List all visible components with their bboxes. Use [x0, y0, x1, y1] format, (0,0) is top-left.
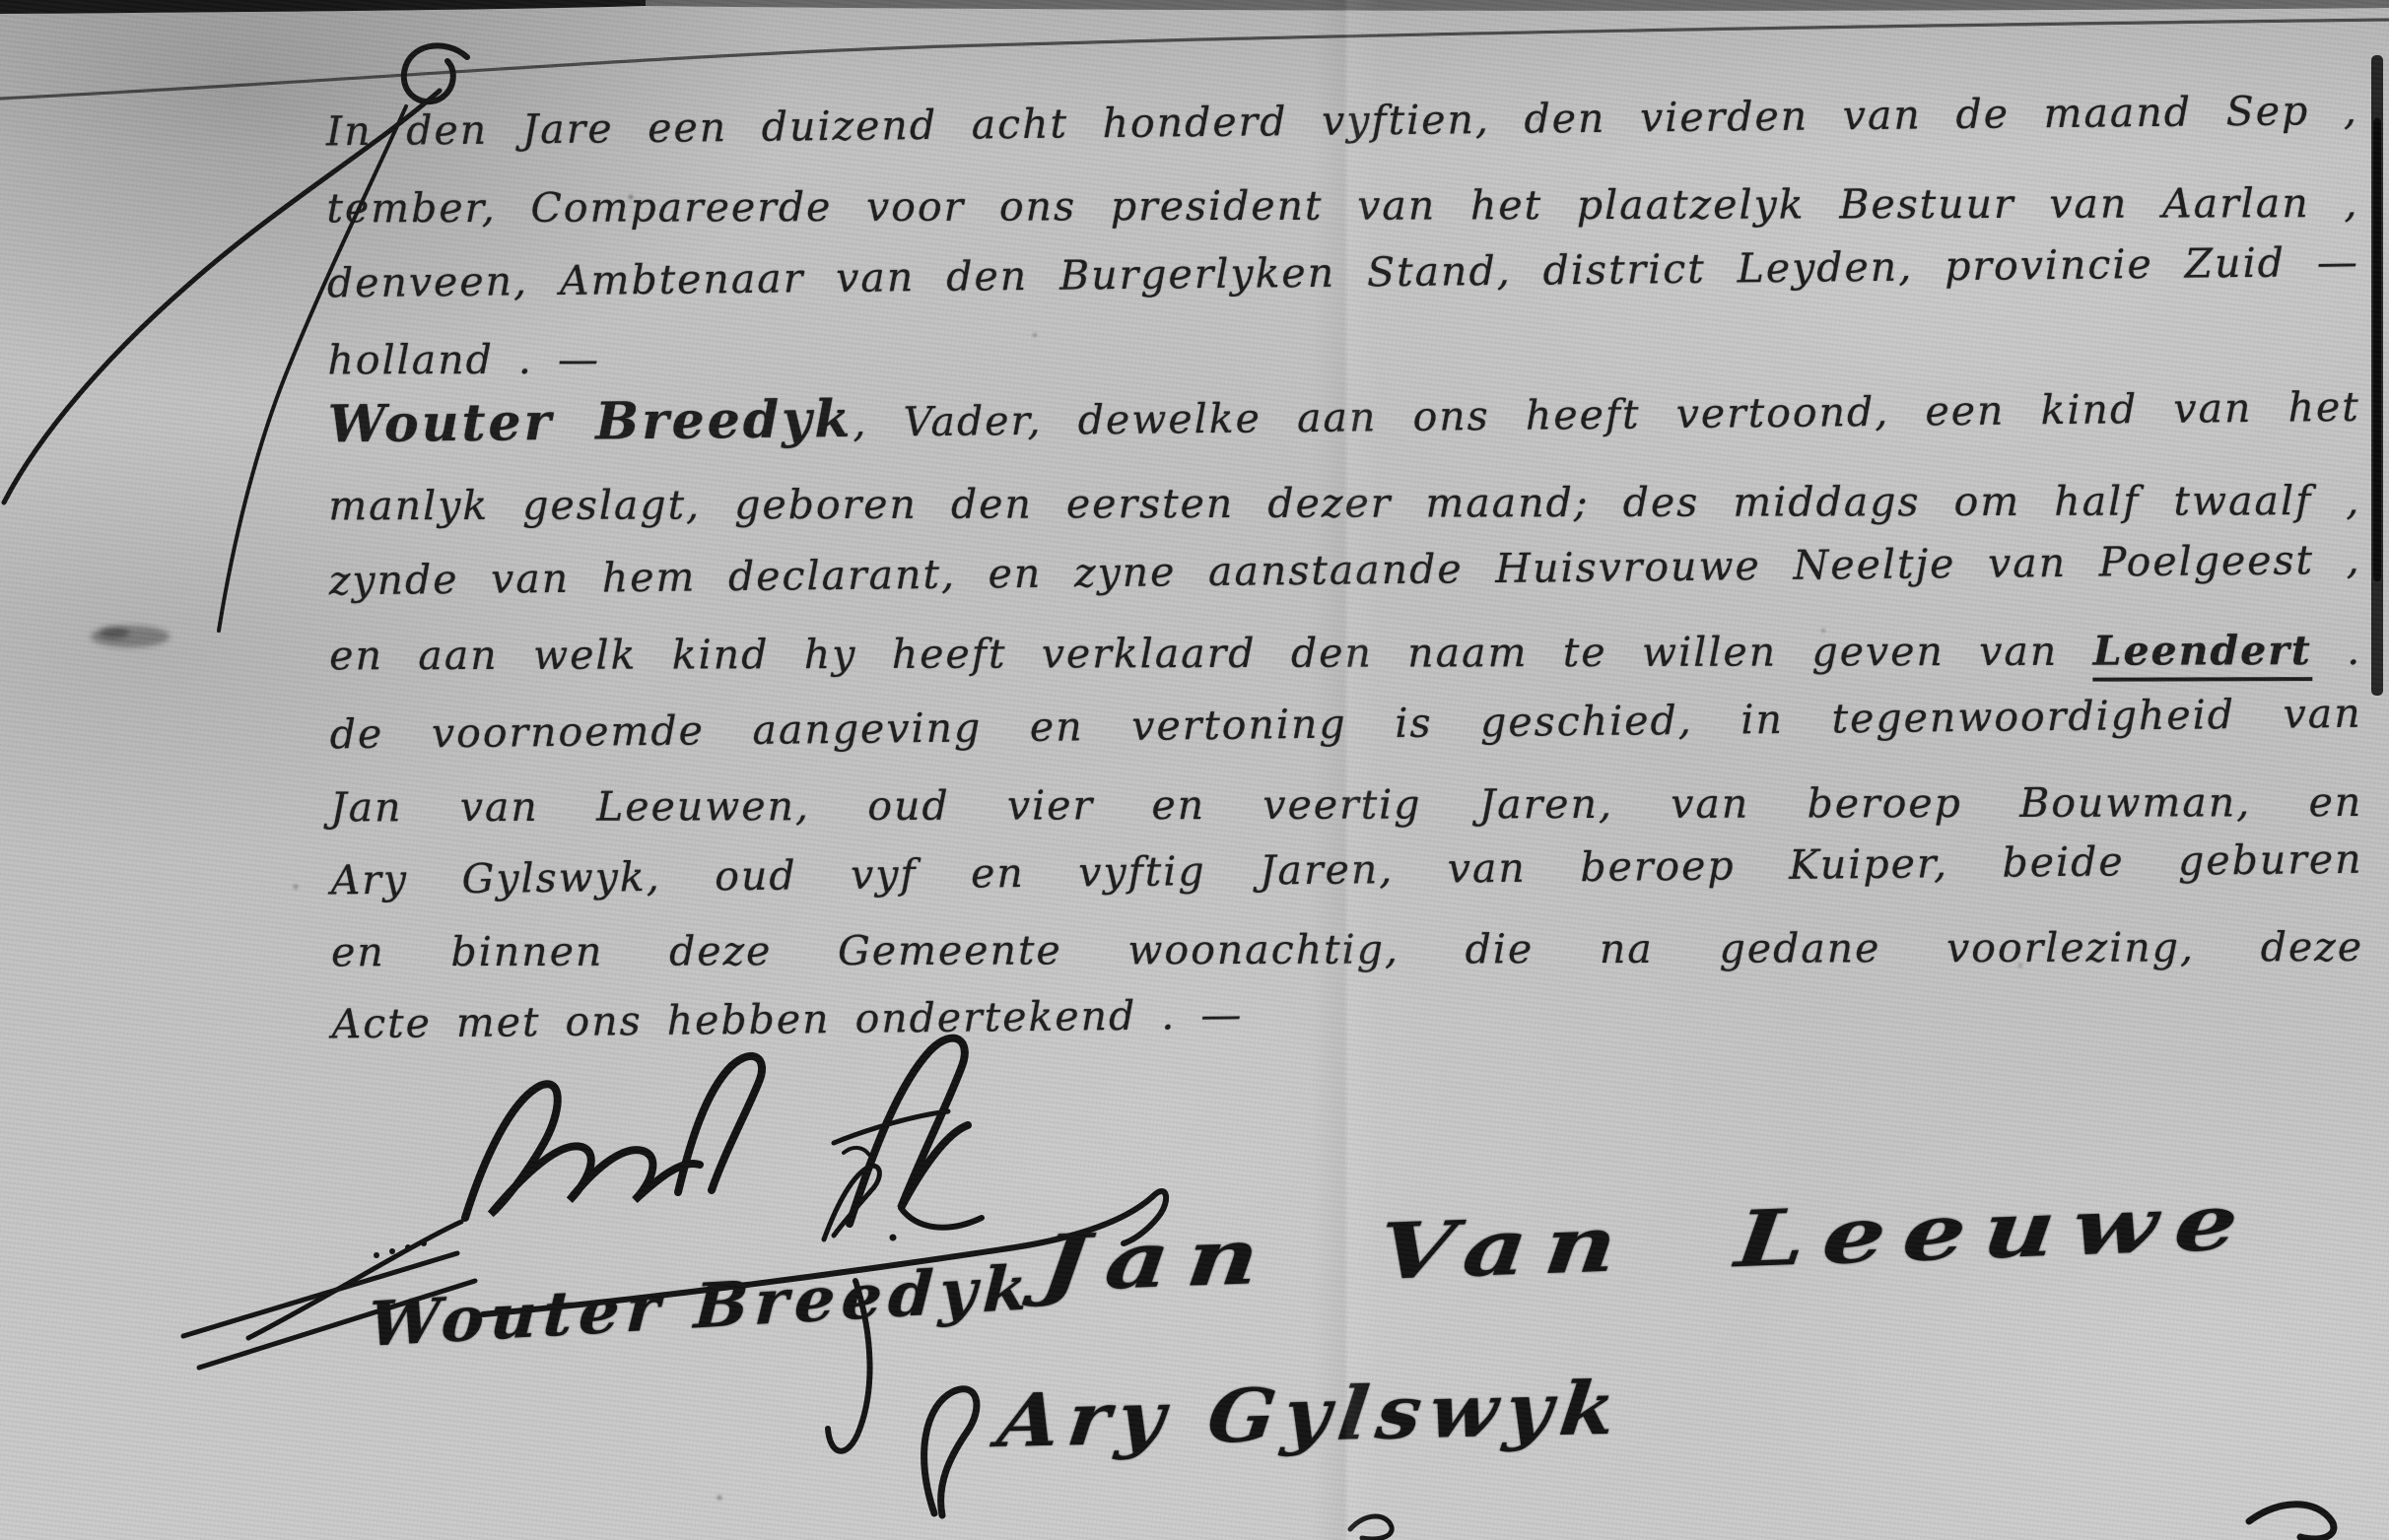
- act-line-1-text: In den Jare een duizend acht honderd vyf…: [326, 87, 2358, 156]
- act-line-3-text: denveen, Ambtenaar van den Burgerlyken S…: [327, 238, 2359, 307]
- act-line-11: Ary Gylswyk, oud vyf en vyftig Jaren, va…: [330, 832, 2362, 908]
- act-line-12: en binnen deze Gemeente woonachtig, die …: [331, 919, 2363, 979]
- act-line-8-pre: en aan welk kind hy heeft verklaard den …: [329, 628, 2093, 680]
- act-line-13-text: Acte met ons hebben ondertekend . —: [331, 991, 1243, 1048]
- act-line-7: zynde van hem declarant, en zyne aanstaa…: [329, 532, 2361, 609]
- document-page: In den Jare een duizend acht honderd vyf…: [0, 0, 2389, 1540]
- act-line-6: manlyk geslagt, geboren den eersten deze…: [328, 473, 2360, 533]
- act-line-8: en aan welk kind hy heeft verklaard den …: [329, 623, 2361, 683]
- act-line-9: de voornoemde aangeving en vertoning is …: [329, 686, 2361, 763]
- act-text: In den Jare een duizend acht honderd vyf…: [0, 0, 2389, 1540]
- act-line-6-text: manlyk geslagt, geboren den eersten deze…: [328, 477, 2360, 529]
- act-line-10-text: Jan van Leeuwen, oud vier en veertig Jar…: [330, 778, 2362, 831]
- witness2-signature: Ary Gylswyk: [993, 1366, 1628, 1464]
- act-line-5-rest: , Vader, dewelke aan ons heeft vertoond,…: [853, 383, 2360, 446]
- father-name-text: Wouter Breedyk: [328, 389, 853, 455]
- act-line-10: Jan van Leeuwen, oud vier en veertig Jar…: [330, 774, 2362, 835]
- act-line-8-post: .: [2312, 627, 2362, 674]
- act-line-12-text: en binnen deze Gemeente woonachtig, die …: [331, 923, 2363, 975]
- act-line-1: In den Jare een duizend acht honderd vyf…: [326, 83, 2358, 160]
- act-line-7-text: zynde van hem declarant, en zyne aanstaa…: [329, 536, 2361, 605]
- act-line-5: Wouter Breedyk, Vader, dewelke aan ons h…: [328, 376, 2361, 456]
- act-line-2: tember, Compareerde voor ons president v…: [326, 175, 2358, 235]
- act-line-4-text: holland . —: [327, 336, 600, 384]
- act-line-11-text: Ary Gylswyk, oud vyf en vyftig Jaren, va…: [330, 836, 2362, 904]
- act-line-13: Acte met ons hebben ondertekend . —: [331, 975, 2363, 1052]
- act-line-2-text: tember, Compareerde voor ons president v…: [326, 179, 2358, 232]
- act-line-3: denveen, Ambtenaar van den Burgerlyken S…: [327, 234, 2359, 311]
- child-name-text: Leendert: [2093, 627, 2312, 682]
- act-line-9-text: de voornoemde aangeving en vertoning is …: [330, 690, 2362, 759]
